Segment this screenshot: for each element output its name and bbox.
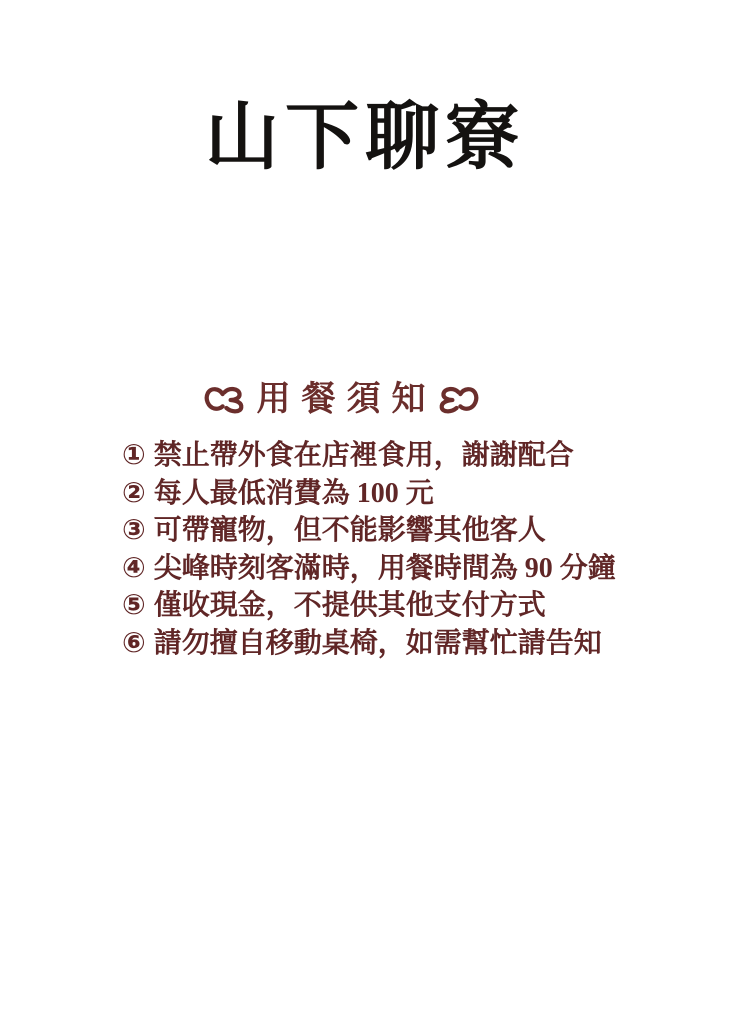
rule-item: ①禁止帶外食在店裡食用，謝謝配合 <box>122 437 616 475</box>
rule-item: ②每人最低消費為 100 元 <box>122 475 616 513</box>
rule-text: 可帶寵物，但不能影響其他客人 <box>154 515 546 546</box>
rule-item: ⑥請勿擅自移動桌椅，如需幫忙請告知 <box>122 625 616 663</box>
rule-number: ④ <box>122 553 146 584</box>
notice-title: 用餐須知 <box>257 383 437 417</box>
rule-item: ⑤僅收現金，不提供其他支付方式 <box>122 587 616 625</box>
rule-text: 每人最低消費為 100 元 <box>154 478 434 509</box>
rules-list: ①禁止帶外食在店裡食用，謝謝配合 ②每人最低消費為 100 元 ③可帶寵物，但不… <box>122 437 616 663</box>
rule-text: 禁止帶外食在店裡食用，謝謝配合 <box>154 440 574 471</box>
rule-number: ⑥ <box>122 628 146 659</box>
rule-number: ① <box>122 440 146 471</box>
rule-item: ③可帶寵物，但不能影響其他客人 <box>122 512 616 550</box>
scroll-flourish-left-icon <box>204 385 248 415</box>
rule-number: ③ <box>122 515 146 546</box>
rule-number: ⑤ <box>122 590 146 621</box>
rule-item: ④尖峰時刻客滿時，用餐時間為 90 分鐘 <box>122 550 616 588</box>
scroll-flourish-right-icon <box>435 385 479 415</box>
rule-number: ② <box>122 478 146 509</box>
rule-text: 僅收現金，不提供其他支付方式 <box>154 590 546 621</box>
restaurant-logo: 山下聊寮 <box>0 100 730 174</box>
notice-title-row: 用餐須知 <box>0 376 682 424</box>
rule-text: 請勿擅自移動桌椅，如需幫忙請告知 <box>154 628 602 659</box>
notice-page: 山下聊寮 用餐須知 ①禁止帶外食在店裡食用，謝謝配合 ②每人最低消費為 100 … <box>0 0 730 1035</box>
rule-text: 尖峰時刻客滿時，用餐時間為 90 分鐘 <box>154 553 616 584</box>
